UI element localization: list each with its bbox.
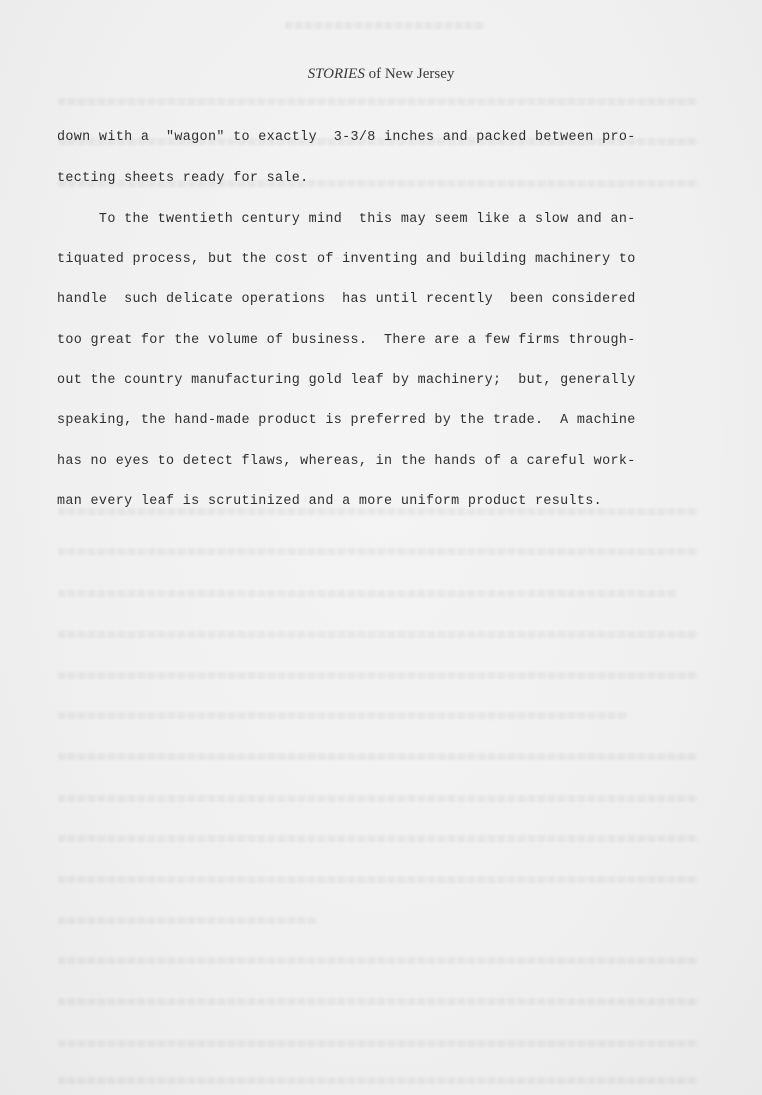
bleed-through-line xyxy=(58,712,628,719)
bleed-through-line xyxy=(58,753,698,760)
text-line: handle such delicate operations has unti… xyxy=(57,290,636,310)
bleed-through-line xyxy=(285,22,485,29)
bleed-through-line xyxy=(58,672,698,679)
bleed-through-line xyxy=(58,835,698,842)
text-line: To the twentieth century mind this may s… xyxy=(57,210,636,230)
text-line: tecting sheets ready for sale. xyxy=(57,169,309,189)
bleed-through-line xyxy=(58,98,698,105)
text-line: has no eyes to detect flaws, whereas, in… xyxy=(57,452,636,472)
bleed-through-line xyxy=(58,998,698,1005)
text-line: too great for the volume of business. Th… xyxy=(57,331,636,351)
text-line: tiquated process, but the cost of invent… xyxy=(57,250,636,270)
bleed-through-line xyxy=(58,957,698,964)
reverse-side-bleed-through xyxy=(0,0,762,1095)
bleed-through-line xyxy=(58,1077,698,1084)
running-head: STORIES of New Jersey xyxy=(0,66,762,83)
text-line: down with a "wagon" to exactly 3-3/8 inc… xyxy=(57,128,636,148)
running-head-italic: STORIES xyxy=(308,66,365,82)
bleed-through-line xyxy=(58,876,698,883)
bleed-through-line xyxy=(58,1040,698,1047)
bleed-through-line xyxy=(58,631,698,638)
bleed-through-line xyxy=(58,917,318,924)
bleed-through-line xyxy=(58,795,698,802)
running-head-rest: of New Jersey xyxy=(365,66,455,82)
text-line: speaking, the hand-made product is prefe… xyxy=(57,411,636,431)
bleed-through-line xyxy=(58,590,678,597)
text-line: out the country manufacturing gold leaf … xyxy=(57,371,636,391)
text-line: man every leaf is scrutinized and a more… xyxy=(57,492,602,512)
bleed-through-line xyxy=(58,548,698,555)
document-page: STORIES of New Jersey down with a "wagon… xyxy=(0,0,762,1095)
